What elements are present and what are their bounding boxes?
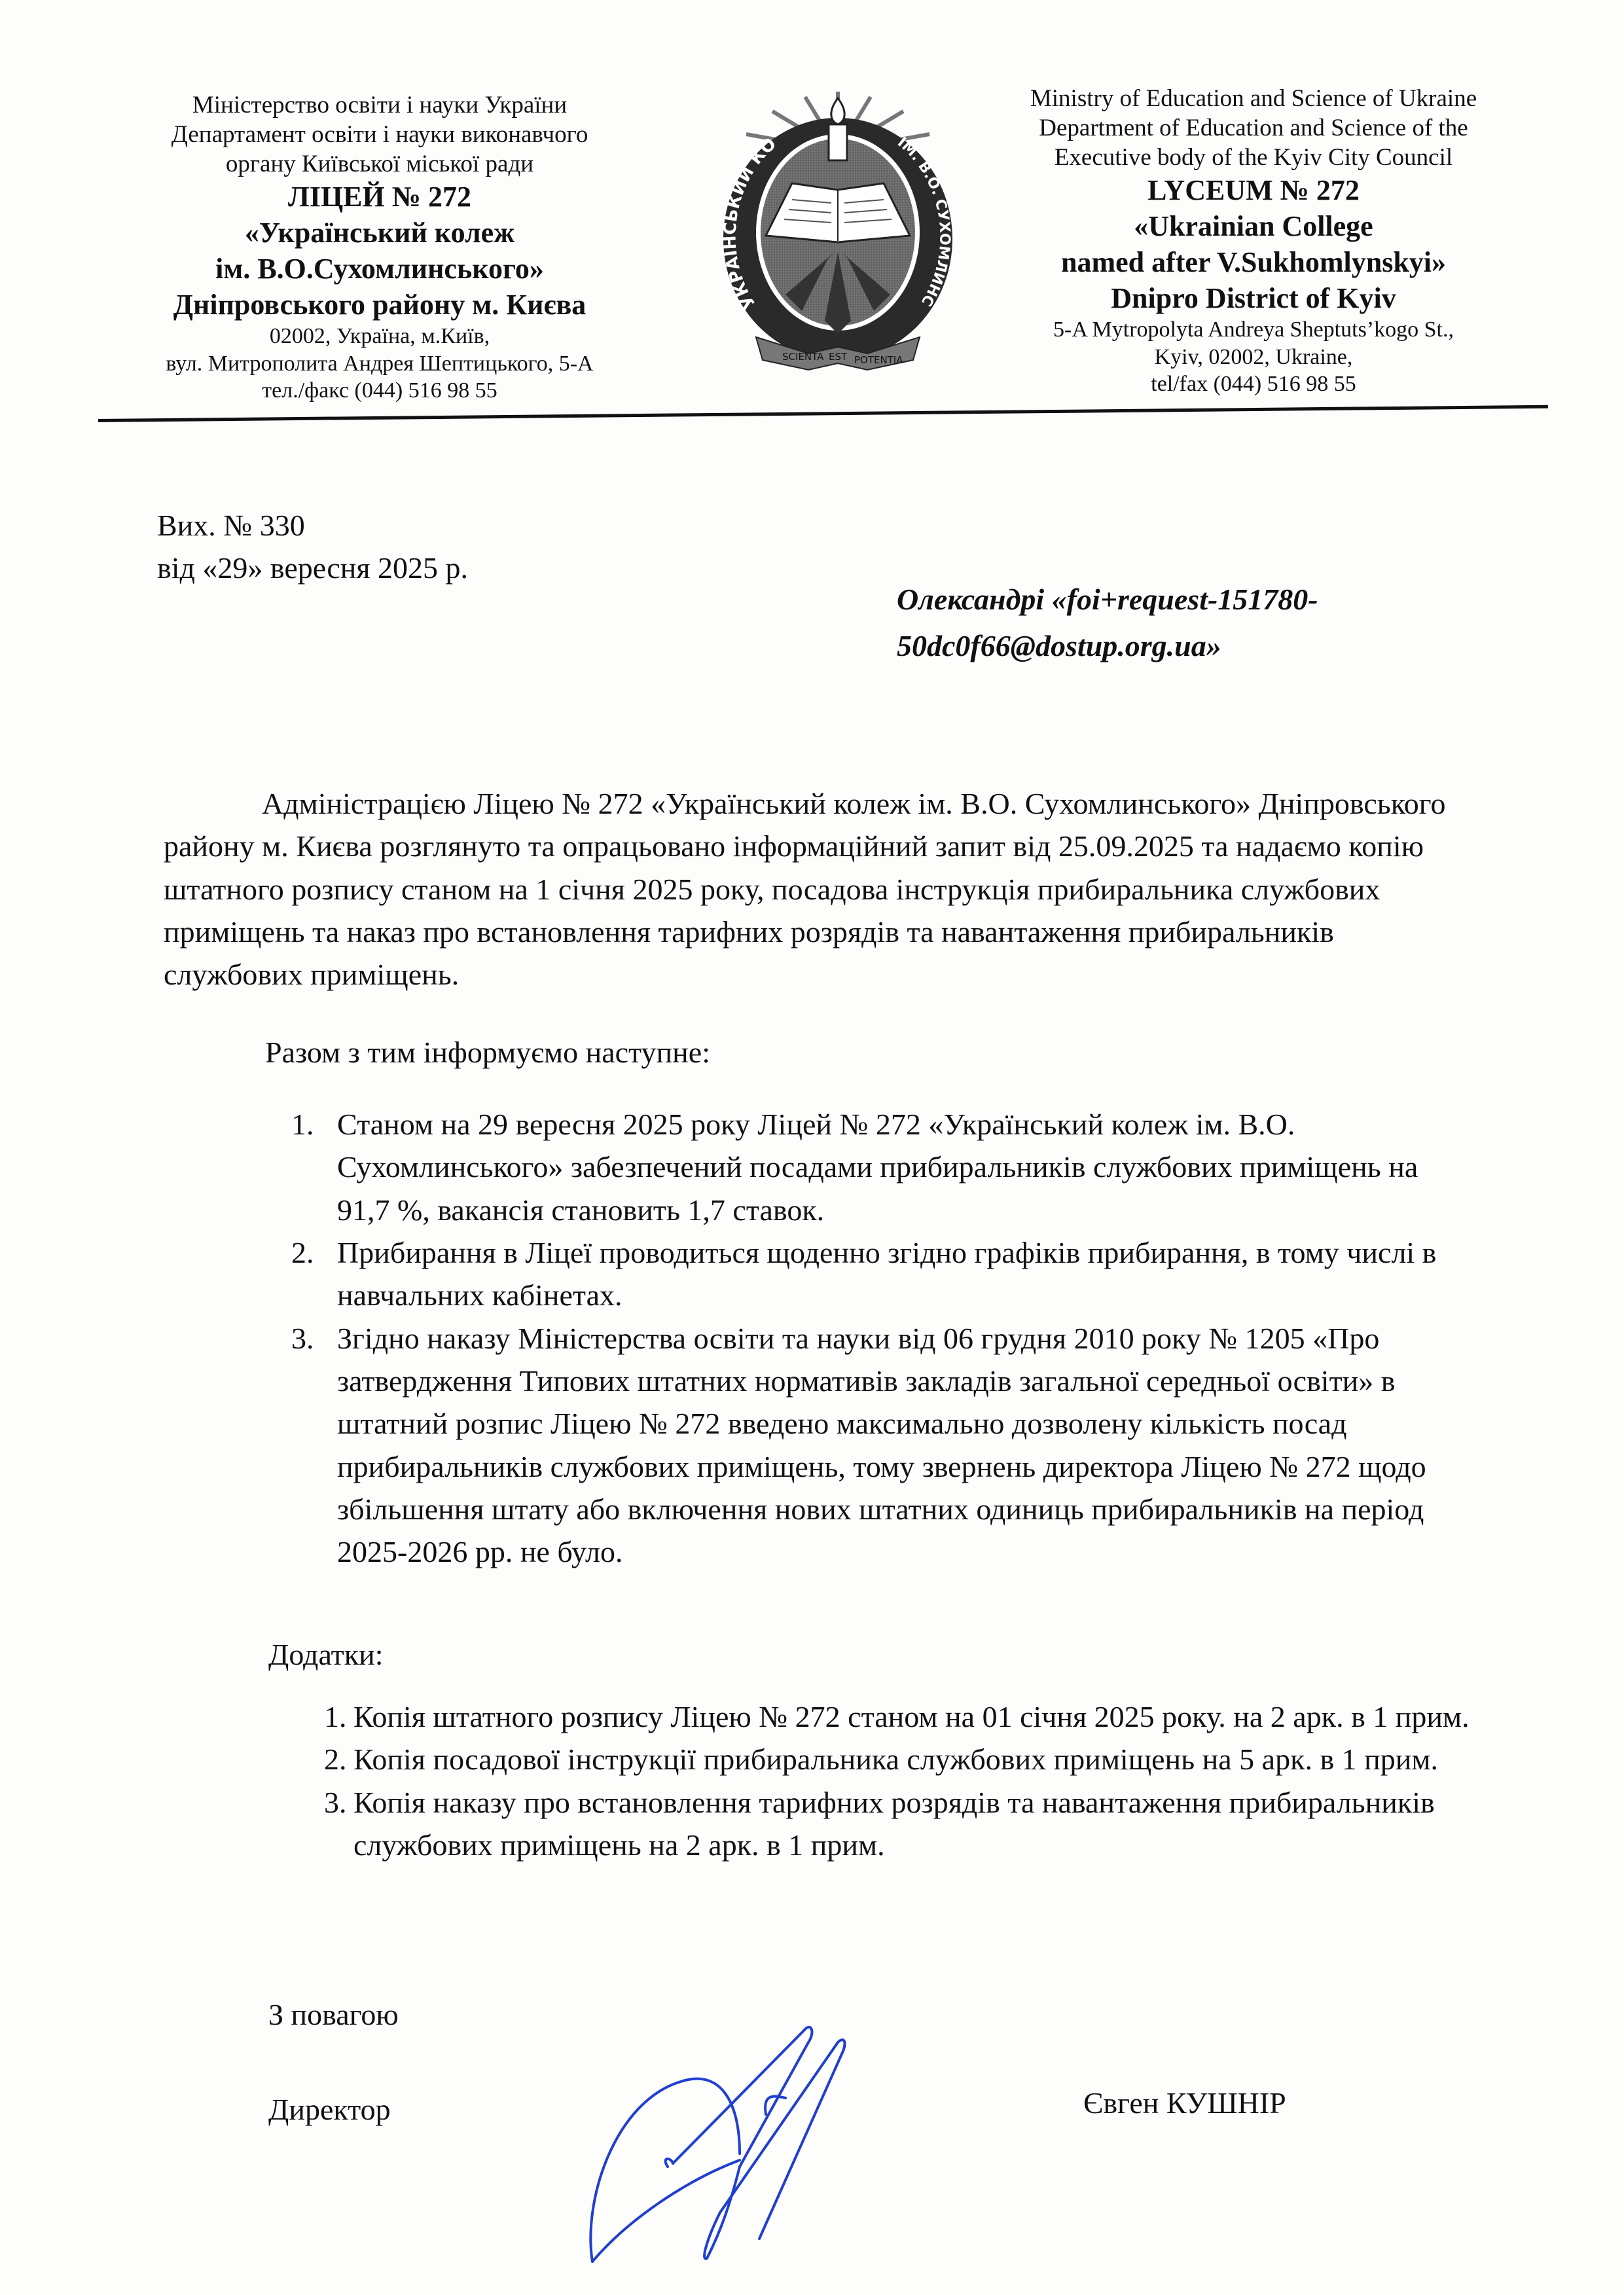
phone-ua: тел./факс (044) 516 98 55: [98, 377, 661, 404]
department-line1-en: Department of Education and Science of t…: [985, 113, 1522, 143]
recipient: Олександрі «foi+request-151780- 50dc0f66…: [897, 576, 1318, 670]
department-line1-ua: Департамент освіти і науки виконавчого: [98, 120, 661, 149]
letterhead-english: Ministry of Education and Science of Ukr…: [985, 84, 1522, 398]
letter-date: від «29» вересня 2025 р.: [157, 547, 468, 589]
informing-line: Разом з тим інформуємо наступне:: [265, 1031, 710, 1074]
school-name-line2-en: named after V.Sukhomlynskyi»: [985, 244, 1522, 280]
attachments-list: 1.Копія штатного розпису Ліцею № 272 ста…: [298, 1695, 1496, 1866]
svg-text:EST: EST: [829, 351, 848, 363]
school-emblem-icon: УКРАЇНСЬКИЙ КОЛЕЖ ІМ. В.О. СУХОМЛИНСЬКОГ…: [694, 85, 982, 373]
district-en: Dnipro District of Kyiv: [985, 280, 1522, 316]
outgoing-number: Вих. № 330: [157, 504, 468, 547]
address-line2-ua: вул. Митрополита Андрея Шептицького, 5-А: [98, 350, 661, 377]
phone-en: tel/fax (044) 516 98 55: [985, 370, 1522, 397]
outgoing-reference: Вих. № 330 від «29» вересня 2025 р.: [157, 504, 468, 590]
school-name-line1-ua: «Український колеж: [98, 215, 661, 251]
closing-regards: З повагою: [268, 1993, 399, 2036]
address-line1-ua: 02002, Україна, м.Київ,: [98, 323, 661, 350]
attachments-title: Додатки:: [268, 1633, 384, 1676]
list-item: 2.Прибирання в Ліцеї проводиться щоденно…: [275, 1231, 1473, 1317]
list-item: 3.Згідно наказу Міністерства освіти та н…: [275, 1317, 1473, 1574]
school-name-line2-ua: ім. В.О.Сухомлинського»: [98, 251, 661, 287]
district-ua: Дніпровського району м. Києва: [98, 287, 661, 323]
school-title-ua: ЛІЦЕЙ № 272: [98, 179, 661, 215]
intro-paragraph: Адміністрацією Ліцею № 272 «Український …: [164, 782, 1473, 996]
letterhead-ukrainian: Міністерство освіти і науки України Депа…: [98, 90, 661, 405]
school-title-en: LYCEUM № 272: [985, 172, 1522, 208]
department-line2-en: Executive body of the Kyiv City Council: [985, 143, 1522, 172]
handwritten-signature-icon: [589, 2003, 1113, 2278]
list-item: 3.Копія наказу про встановлення тарифних…: [298, 1781, 1496, 1867]
list-item: 2.Копія посадової інструкції прибиральни…: [298, 1738, 1496, 1780]
department-line2-ua: органу Київської міської ради: [98, 149, 661, 179]
ministry-name-ua: Міністерство освіти і науки України: [98, 90, 661, 120]
address-line2-en: Kyiv, 02002, Ukraine,: [985, 344, 1522, 370]
svg-text:SCIENTA: SCIENTA: [782, 351, 824, 363]
signer-position: Директор: [268, 2088, 391, 2131]
signer-name: Євген КУШНІР: [1083, 2082, 1286, 2124]
recipient-line2: 50dc0f66@dostup.org.ua»: [897, 623, 1318, 669]
school-name-line1-en: «Ukrainian College: [985, 208, 1522, 244]
ministry-name-en: Ministry of Education and Science of Ukr…: [985, 84, 1522, 113]
address-line1-en: 5-A Mytropolyta Andreya Sheptuts’kogo St…: [985, 316, 1522, 343]
svg-text:POTENTIA: POTENTIA: [854, 354, 903, 366]
recipient-line1: Олександрі «foi+request-151780-: [897, 576, 1318, 623]
list-item: 1.Станом на 29 вересня 2025 року Ліцей №…: [275, 1103, 1473, 1231]
list-item: 1.Копія штатного розпису Ліцею № 272 ста…: [298, 1695, 1496, 1738]
header-divider: [98, 405, 1548, 422]
information-points: 1.Станом на 29 вересня 2025 року Ліцей №…: [275, 1103, 1473, 1573]
